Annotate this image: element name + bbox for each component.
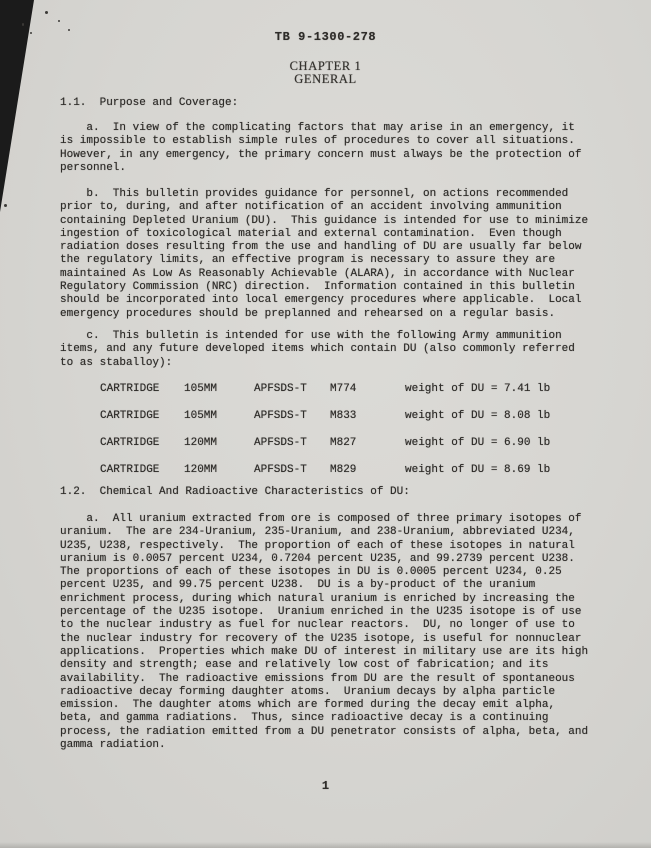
model-number: M833 — [330, 410, 356, 423]
cartridge-row: CARTRIDGE 120MM APFSDS-T M827 weight of … — [0, 437, 651, 451]
page-number: 1 — [0, 779, 651, 793]
du-weight: weight of DU = 7.41 lb — [405, 383, 550, 396]
caliber: 105MM — [184, 383, 217, 396]
cartridge-row: CARTRIDGE 105MM APFSDS-T M833 weight of … — [0, 410, 651, 424]
caliber: 120MM — [184, 437, 217, 450]
munition-type: APFSDS-T — [254, 464, 307, 477]
cartridge-row: CARTRIDGE 105MM APFSDS-T M774 weight of … — [0, 383, 651, 397]
munition-type: APFSDS-T — [254, 383, 307, 396]
du-weight: weight of DU = 6.90 lb — [405, 437, 550, 450]
munition-type: APFSDS-T — [254, 410, 307, 423]
paragraph-1-2-a: a. All uranium extracted from ore is com… — [60, 513, 588, 752]
model-number: M827 — [330, 437, 356, 450]
cartridge-label: CARTRIDGE — [100, 410, 159, 423]
cartridge-label: CARTRIDGE — [100, 464, 159, 477]
section-1-1-heading: 1.1. Purpose and Coverage: — [60, 97, 238, 110]
model-number: M774 — [330, 383, 356, 396]
caliber: 105MM — [184, 410, 217, 423]
du-weight: weight of DU = 8.69 lb — [405, 464, 550, 477]
model-number: M829 — [330, 464, 356, 477]
du-weight: weight of DU = 8.08 lb — [405, 410, 550, 423]
document-page: TB 9-1300-278 CHAPTER 1 GENERAL 1.1. Pur… — [0, 0, 651, 848]
munition-type: APFSDS-T — [254, 437, 307, 450]
ink-speck — [22, 23, 24, 26]
cartridge-row: CARTRIDGE 120MM APFSDS-T M829 weight of … — [0, 464, 651, 478]
ink-speck — [45, 11, 48, 14]
doc-number: TB 9-1300-278 — [0, 30, 651, 44]
paragraph-1-1-c: c. This bulletin is intended for use wit… — [60, 330, 575, 370]
caliber: 120MM — [184, 464, 217, 477]
cartridge-label: CARTRIDGE — [100, 437, 159, 450]
ink-speck — [4, 204, 7, 207]
paragraph-1-1-b: b. This bulletin provides guidance for p… — [60, 188, 588, 321]
paragraph-1-1-a: a. In view of the complicating factors t… — [60, 122, 582, 175]
cartridge-label: CARTRIDGE — [100, 383, 159, 396]
ink-speck — [58, 20, 60, 22]
section-1-2-heading: 1.2. Chemical And Radioactive Characteri… — [60, 486, 410, 499]
chapter-title: GENERAL — [0, 72, 651, 87]
